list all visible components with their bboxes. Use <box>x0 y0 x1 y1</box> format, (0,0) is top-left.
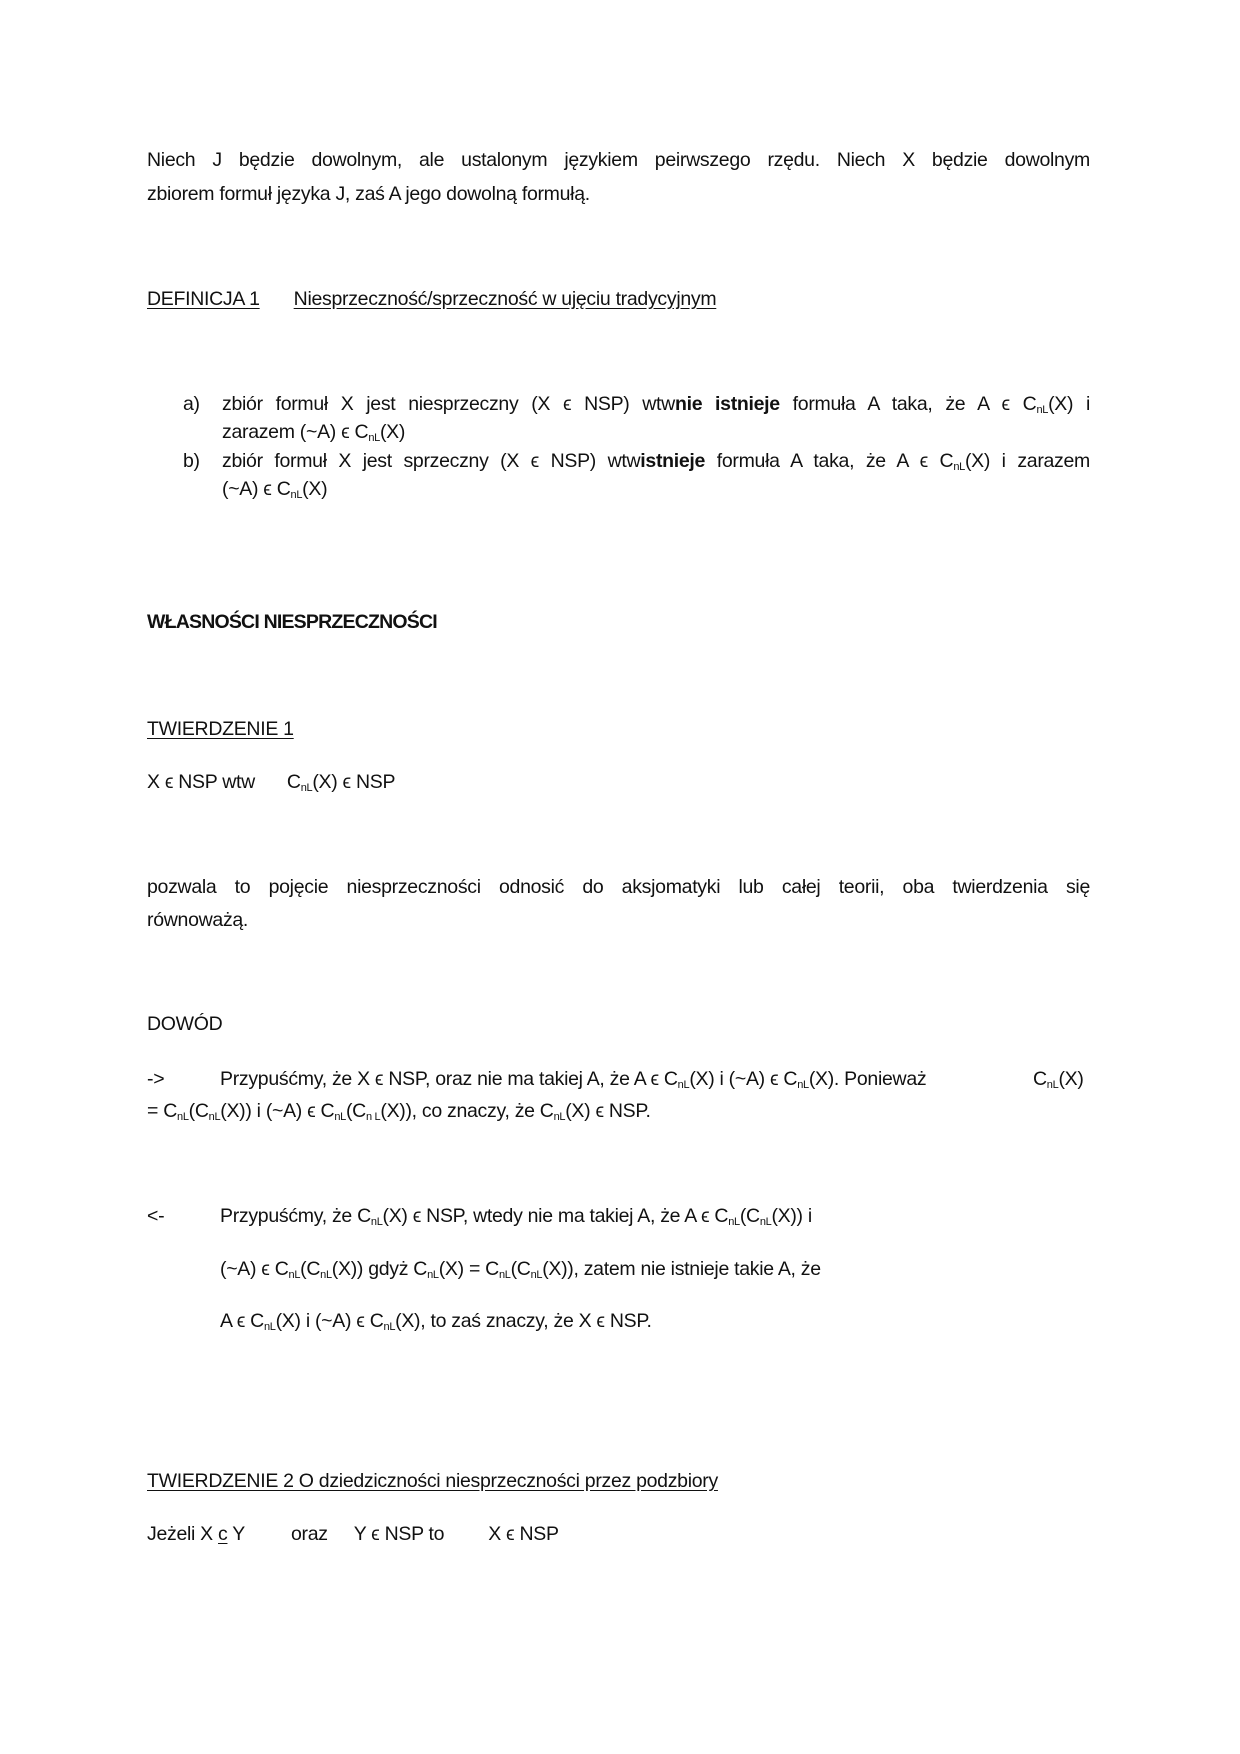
proof-backward-line-3: A ϵ CnL(X) i (~A) ϵ CnL(X), to zaś znacz… <box>220 1309 652 1333</box>
theorem-1-statement: X ϵ NSP wtwCnL(X) ϵ NSP <box>147 770 395 794</box>
subset-symbol: c <box>218 1523 227 1545</box>
theorem-1-label: TWIERDZENIE 1 <box>147 717 294 741</box>
intro-line-2: zbiorem formuł języka J, zaś A jego dowo… <box>147 182 590 206</box>
definition-1-heading: DEFINICJA 1Niesprzeczność/sprzeczność w … <box>147 287 716 311</box>
item-text: zbiór formuł X jest sprzeczny (X ϵ NSP) … <box>222 449 1090 473</box>
remark-line-1: pozwala to pojęcie niesprzeczności odnos… <box>147 875 1090 899</box>
proof-forward-arrow: -> <box>147 1067 164 1091</box>
proof-forward-line-1-end: CnL(X) <box>1033 1067 1084 1091</box>
proof-forward-line-2: = CnL(CnL(X)) i (~A) ϵ CnL(Cn L(X)), co … <box>147 1099 651 1123</box>
item-text: zbiór formuł X jest niesprzeczny (X ϵ NS… <box>222 392 1090 416</box>
proof-backward-arrow: <- <box>147 1204 164 1228</box>
definition-1-title: Niesprzeczność/sprzeczność w ujęciu trad… <box>294 288 717 310</box>
proof-forward-line-1: Przypuśćmy, że X ϵ NSP, oraz nie ma taki… <box>220 1067 926 1091</box>
item-marker: b) <box>183 449 200 473</box>
proof-backward-line-1: Przypuśćmy, że CnL(X) ϵ NSP, wtedy nie m… <box>220 1204 812 1228</box>
proof-label: DOWÓD <box>147 1012 222 1036</box>
proof-backward-line-2: (~A) ϵ CnL(CnL(X)) gdyż CnL(X) = CnL(CnL… <box>220 1257 821 1281</box>
intro-line-1: Niech J będzie dowolnym, ale ustalonym j… <box>147 148 1090 172</box>
properties-heading: WŁASNOŚCI NIESPRZECZNOŚCI <box>147 610 437 634</box>
definition-1-label: DEFINICJA 1 <box>147 288 260 310</box>
theorem-2-statement: Jeżeli X c YorazY ϵ NSP toX ϵ NSP <box>147 1522 559 1546</box>
remark-line-2: równoważą. <box>147 908 248 932</box>
theorem-2-label: TWIERDZENIE 2 O dziedziczności niesprzec… <box>147 1469 718 1493</box>
definition-item-a-cont: zarazem (~A) ϵ CnL(X) <box>222 420 405 444</box>
definition-item-b-cont: (~A) ϵ CnL(X) <box>222 477 327 501</box>
item-marker: a) <box>183 392 200 416</box>
